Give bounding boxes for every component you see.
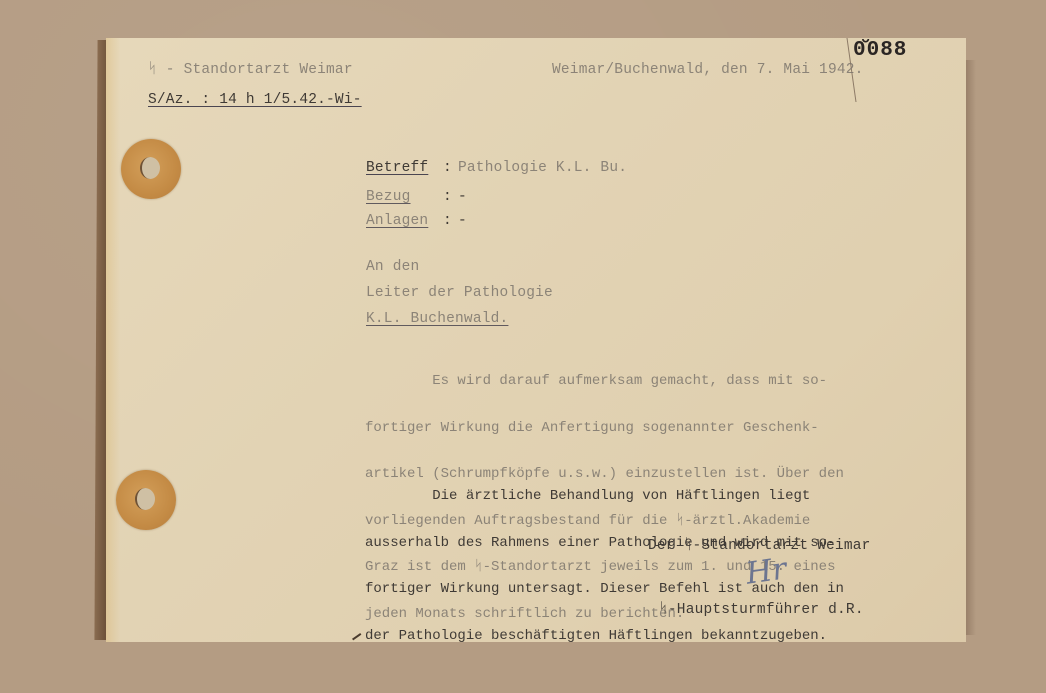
handwritten-initials: Hr <box>744 551 789 591</box>
attachments-value: - <box>458 214 467 229</box>
reference-number: 0̆088 <box>853 39 907 62</box>
signature-rank: ᛋ-Hauptsturmführer d.R. <box>659 603 864 618</box>
grommet-hole-icon <box>121 139 181 199</box>
signature-title: Der ᛋ-Standortarzt Weimar <box>648 539 871 554</box>
grommet-hole-icon <box>116 470 176 530</box>
sender-office: ᛋ - Standortarzt Weimar <box>148 63 353 78</box>
paragraph-line: Die ärztliche Behandlung von Häftlingen … <box>365 489 844 505</box>
addressee-line-1: An den <box>366 260 419 275</box>
attachments-sep: : <box>443 214 452 229</box>
place-date: Weimar/Buchenwald, den 7. Mai 1942. <box>552 63 864 78</box>
reference-value: - <box>458 190 467 205</box>
addressee-line-2: Leiter der Pathologie <box>366 286 553 301</box>
paragraph-line: Es wird darauf aufmerksam gemacht, dass … <box>365 374 844 390</box>
file-reference: S/Az. : 14 h 1/5.42.-Wi- <box>148 93 362 108</box>
subject-label: Betreff <box>366 161 428 176</box>
subject-sep: : <box>443 161 452 176</box>
addressee-line-3: K.L. Buchenwald. <box>366 312 508 327</box>
subject-value: Pathologie K.L. Bu. <box>458 161 627 176</box>
document-sheet: 0̆088 ᛋ - Standortarzt Weimar S/Az. : 14… <box>106 38 966 642</box>
attachments-label: Anlagen <box>366 214 428 229</box>
reference-sep: : <box>443 190 452 205</box>
paragraph-line: der Pathologie beschäftigten Häftlingen … <box>365 629 844 645</box>
paragraph-line: fortiger Wirkung die Anfertigung sogenan… <box>365 421 844 437</box>
reference-label: Bezug <box>366 190 411 205</box>
